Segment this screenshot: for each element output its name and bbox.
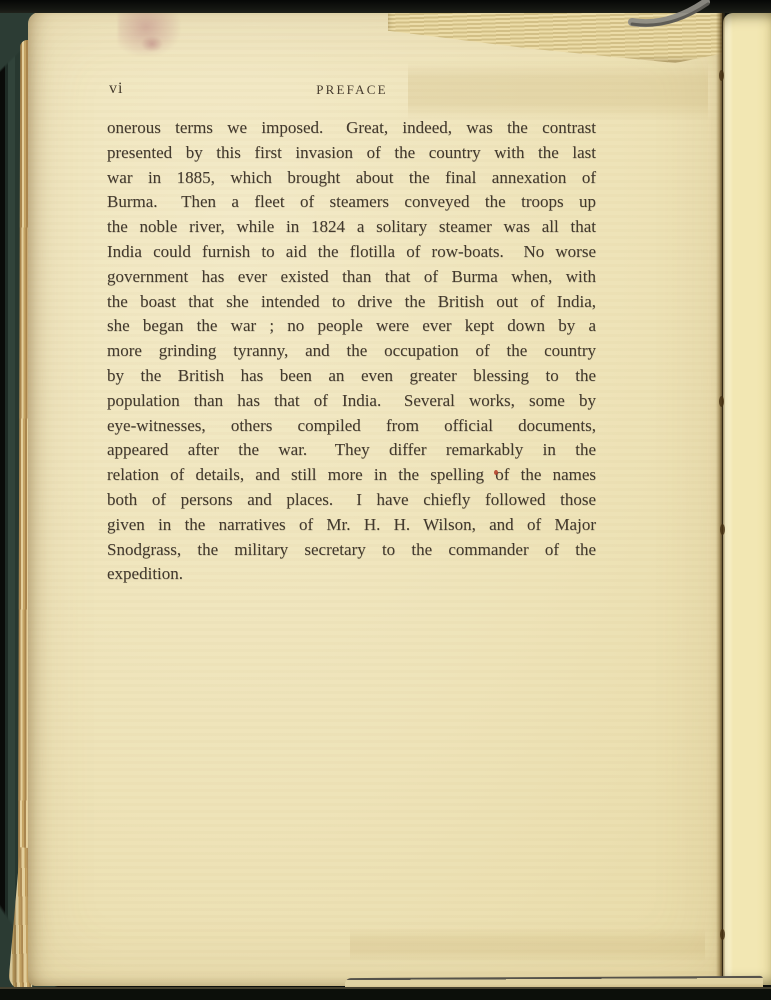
text-line: Snodgrass, the military secretary to the… xyxy=(107,538,596,563)
metal-clip xyxy=(628,0,714,28)
text-line: relation of details, and still more in t… xyxy=(107,463,596,488)
crease-speck xyxy=(719,70,724,81)
text-line: India could furnish to aid the flotilla … xyxy=(107,240,596,265)
crease-speck xyxy=(720,929,725,940)
text-line: by the British has been an even greater … xyxy=(107,364,596,389)
scanned-book-page: vi PREFACE onerous terms we imposed. Gre… xyxy=(0,0,771,1000)
scan-background-bottom xyxy=(0,987,771,1000)
next-page-edge xyxy=(723,13,771,985)
text-line: the boast that she intended to drive the… xyxy=(107,290,596,315)
text-line: expedition. xyxy=(107,562,596,587)
pink-stain-small xyxy=(141,36,163,52)
text-line: government has ever existed than that of… xyxy=(107,265,596,290)
text-line: war in 1885, which brought about the fin… xyxy=(107,166,596,191)
text-line: presented by this first invasion of the … xyxy=(107,141,596,166)
page-text: onerous terms we imposed. Great, indeed,… xyxy=(107,116,596,587)
text-line: more grinding tyranny, and the occupatio… xyxy=(107,339,596,364)
text-line: both of persons and places. I have chief… xyxy=(107,488,596,513)
text-line: she began the war ; no people were ever … xyxy=(107,314,596,339)
text-line: eye-witnesses, others compiled from offi… xyxy=(107,414,596,439)
page-header: vi PREFACE xyxy=(107,78,597,100)
red-ink-speck xyxy=(494,470,498,475)
crease-speck xyxy=(719,396,724,407)
text-line: population than has that of India. Sever… xyxy=(107,389,596,414)
running-header: PREFACE xyxy=(107,82,597,98)
text-line: onerous terms we imposed. Great, indeed,… xyxy=(107,116,596,141)
text-line: the noble river, while in 1824 a solitar… xyxy=(107,215,596,240)
text-line: appeared after the war. They differ rema… xyxy=(107,438,596,463)
text-line: given in the narratives of Mr. H. H. Wil… xyxy=(107,513,596,538)
page-edge-crease xyxy=(716,12,725,988)
text-line: Burma. Then a fleet of steamers conveyed… xyxy=(107,190,596,215)
crease-speck xyxy=(720,524,725,535)
